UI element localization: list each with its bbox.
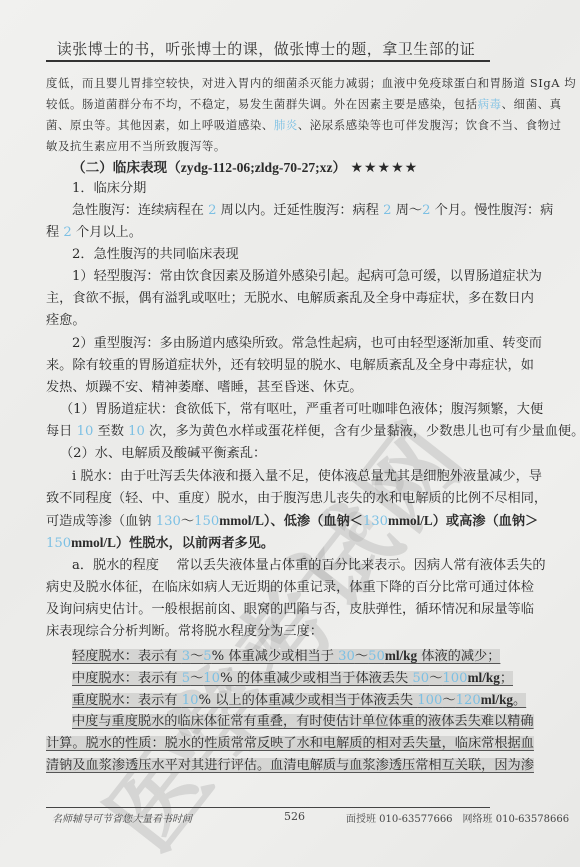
degree-line-4: 床表现综合分析判断。常将脱水程度分为三度：: [46, 622, 490, 642]
highlight-term: 病毒: [478, 97, 502, 111]
mild-line-3: 痊愈。: [46, 311, 490, 331]
footer-slogan: 名师辅导可节省您大量看书时间: [52, 810, 192, 825]
footer-divider: [46, 807, 490, 808]
footer-contact: 面授班 010-63577666 网络班 010-63578666: [346, 810, 569, 825]
degree-mild: 轻度脱水：表示有 3～5% 体重减少或相当于 30～50ml/kg 体液的减少；: [46, 646, 490, 667]
degree-moderate: 中度脱水：表示有 5～10% 的体重减少或相当于体液丢失 50～100ml/kg…: [46, 668, 490, 689]
highlight-term: 肺炎: [274, 118, 298, 132]
degree-line-3: 及询问病史估计。一般根据前囟、眼窝的凹陷与否，皮肤弹性，循环情况和尿量等临: [46, 600, 490, 620]
intro-line-3: 菌、原虫等。其他因素，如上呼吸道感染、肺炎、泌尿系感染等也可伴发腹泻；饮食不当、…: [46, 115, 490, 135]
degree-severe: 重度脱水：表示有 10% 以上的体重减少或相当于体液丢失 100～120ml/k…: [46, 690, 490, 711]
severe-line-1: 2）重型腹泻：多由肠道内感染所致。常急性起病，也可由轻型逐渐加重、转变而: [46, 334, 490, 354]
dehydration-line-1: i 脱水：由于吐泻丢失体液和摄入量不足，使体液总量尤其是细胞外液量减少，导: [46, 467, 490, 487]
water-heading: （2）水、电解质及酸碱平衡紊乱：: [46, 444, 490, 464]
subheading-common: 2．急性腹泻的共同临床表现: [46, 245, 490, 265]
subheading-staging: 1．临床分期: [46, 179, 490, 199]
mild-line-2: 主，食欲不振，偶有溢乳或呕吐；无脱水、电解质紊乱及全身中毒症状，多在数日内: [46, 289, 490, 309]
dehydration-line-2: 致不同程度（轻、中、重度）脱水，由于腹泻患儿丧失的水和电解质的比例不尽相同，: [46, 489, 490, 509]
nature-line-3: 清钠及血浆渗透压水平对其进行评估。血清电解质与血浆渗透压常相互关联，因为渗: [46, 756, 490, 776]
section-heading: （二）临床表现（zydg-112-06;zldg-70-27;xz） ★★★★★: [46, 158, 490, 178]
degree-line-1: a．脱水的程度 常以丢失液体量占体重的百分比来表示。因病人常有液体丢失的: [46, 556, 490, 576]
header-divider: [46, 60, 490, 62]
dehydration-line-3: 可造成等渗（血钠 130～150mmol/L）、低渗（血钠＜130mmol/L）…: [46, 511, 490, 532]
gi-line-2: 每日 10 至数 10 次，多为黄色水样或蛋花样便，含有少量黏液，少数患儿也可有…: [46, 422, 490, 442]
intro-line-2: 较低。肠道菌群分布不均，不稳定，易发生菌群失调。外在因素主要是感染，包括病毒、细…: [46, 94, 490, 114]
nature-line-1: 中度与重度脱水的临床体征常有重叠，有时使估计单位体重的液体丢失难以精确: [46, 712, 490, 732]
severe-line-2: 来。除有较重的胃肠道症状外，还有较明显的脱水、电解质紊乱及全身中毒症状，如: [46, 356, 490, 376]
nature-line-2: 计算。脱水的性质：脱水的性质常常反映了水和电解质的相对丢失量，临床常根据血: [46, 734, 490, 754]
intro-line-1: 度低，而且婴儿胃排空较快，对进入胃内的细菌杀灭能力减弱；血液中免疫球蛋白和胃肠道…: [46, 73, 490, 93]
document-page: 医学考试网 www.kao 读张博士的书，听张博士的课，做张博士的题，拿卫生部的…: [0, 0, 580, 867]
gi-line-1: （1）胃肠道症状：食欲低下，常有呕吐，严重者可吐咖啡色液体；腹泻频繁，大便: [46, 400, 490, 420]
staging-line-1: 急性腹泻：连续病程在 2 周以内。迁延性腹泻：病程 2 周～2 个月。慢性腹泻：…: [46, 201, 490, 221]
section-title: （二）临床表现（zydg-112-06;zldg-70-27;xz）: [72, 160, 346, 175]
dehydration-line-4: 150mmol/L）性脱水，以前两者多见。: [46, 533, 490, 554]
page-header: 读张博士的书，听张博士的课，做张博士的题，拿卫生部的证: [46, 38, 486, 59]
staging-line-2: 程 2 个月以上。: [46, 223, 490, 243]
intro-line-4: 敏及抗生素应用不当所致腹泻等。: [46, 136, 490, 156]
page-number: 526: [284, 810, 305, 823]
degree-line-2: 病史及脱水体征，在临床如病人无近期的体重记录，体重下降的百分比常可通过体检: [46, 578, 490, 598]
severe-line-3: 发热、烦躁不安、精神萎靡、嗜睡，甚至昏迷、休克。: [46, 378, 490, 398]
importance-stars: ★★★★★: [350, 160, 418, 176]
mild-line-1: 1）轻型腹泻：常由饮食因素及肠道外感染引起。起病可急可缓，以胃肠道症状为: [46, 267, 490, 287]
